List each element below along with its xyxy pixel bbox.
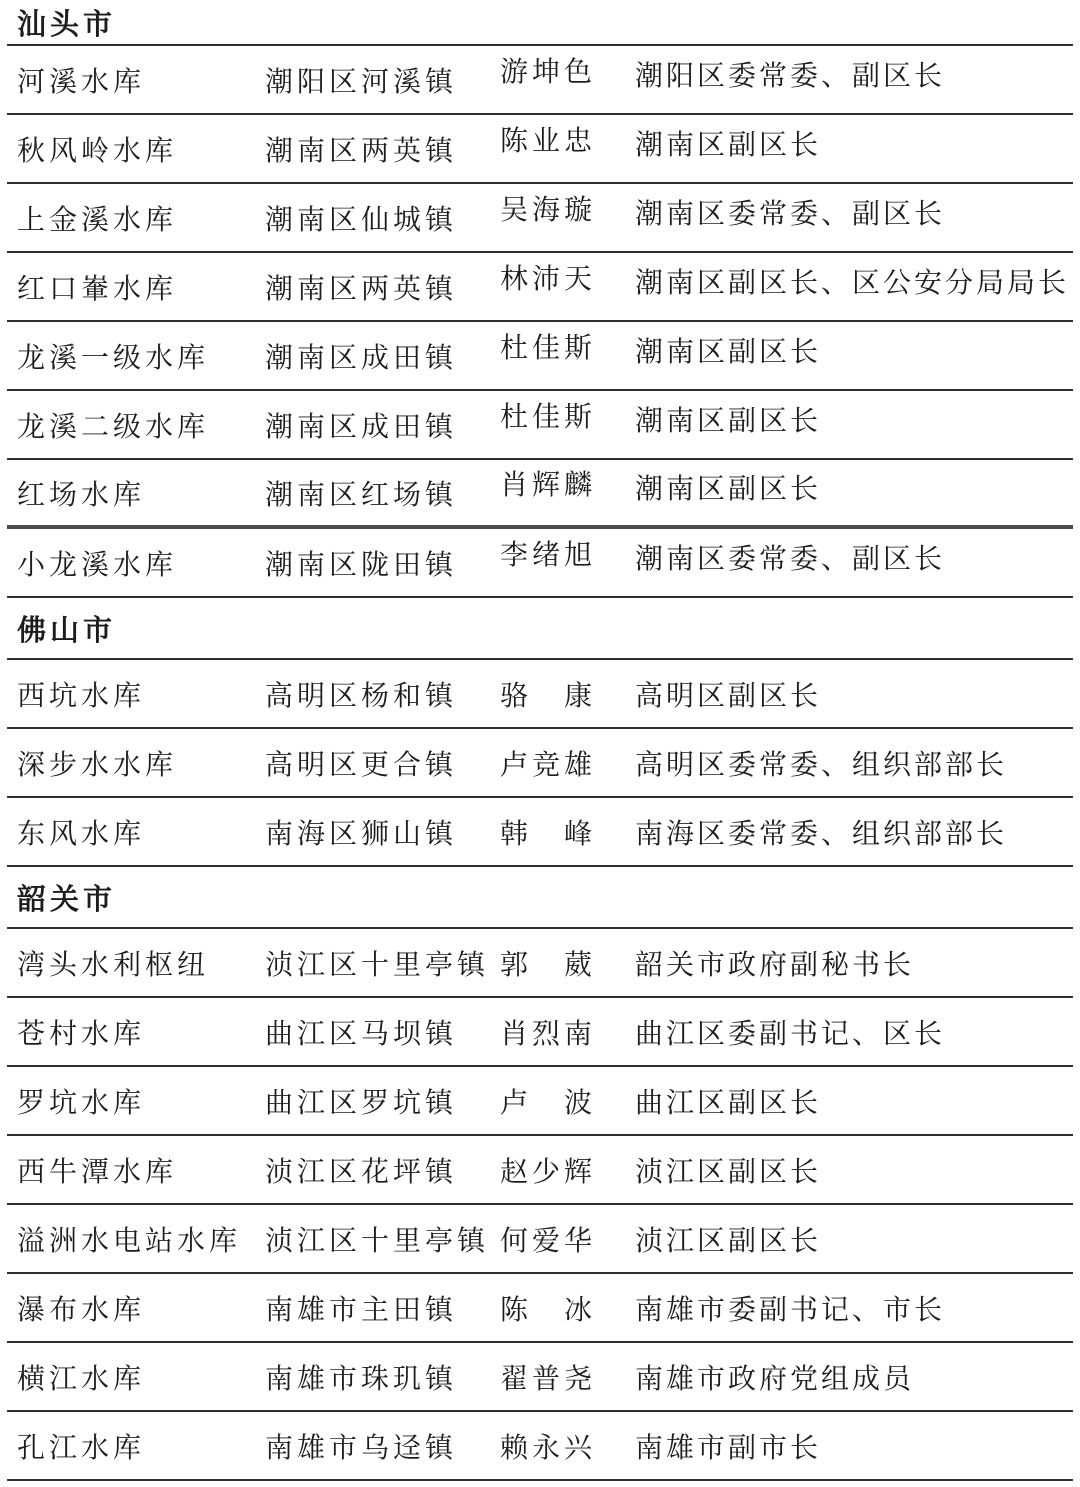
town-location: 南雄市主田镇	[265, 1288, 500, 1328]
person-name: 翟普尧	[500, 1357, 635, 1397]
person-position: 浈江区副区长	[635, 1219, 1073, 1259]
town-location: 南雄市珠玑镇	[265, 1357, 500, 1397]
person-name: 韩 峰	[500, 812, 635, 852]
person-position: 潮南区副区长、区公安分局局长	[635, 261, 1073, 301]
reservoir-name: 罗坑水库	[7, 1081, 265, 1121]
reservoir-name: 湾头水利枢纽	[7, 943, 265, 983]
reservoir-name: 红口輋水库	[7, 267, 265, 307]
town-location: 潮阳区河溪镇	[265, 60, 500, 100]
person-position: 高明区委常委、组织部部长	[635, 743, 1073, 783]
person-name: 郭 葳	[500, 943, 635, 983]
reservoir-name: 龙溪一级水库	[7, 336, 265, 376]
city-section: 汕头市 河溪水库 潮阳区河溪镇 游坤色 潮阳区委常委、副区长 秋风岭水库 潮南区…	[7, 0, 1073, 598]
city-name: 汕头市	[17, 2, 116, 43]
table-row: 深步水水库 高明区更合镇 卢竞雄 高明区委常委、组织部部长	[7, 729, 1073, 798]
table-row: 秋风岭水库 潮南区两英镇 陈业忠 潮南区副区长	[7, 115, 1073, 184]
table-row: 西坑水库 高明区杨和镇 骆 康 高明区副区长	[7, 660, 1073, 729]
table-row: 苍村水库 曲江区马坝镇 肖烈南 曲江区委副书记、区长	[7, 998, 1073, 1067]
town-location: 潮南区红场镇	[265, 473, 500, 513]
person-name: 李绪旭	[500, 533, 635, 573]
reservoir-name: 孔江水库	[7, 1426, 265, 1466]
person-position: 潮南区委常委、副区长	[635, 537, 1073, 577]
table-row: 溢洲水电站水库 浈江区十里亭镇 何爱华 浈江区副区长	[7, 1205, 1073, 1274]
person-name: 卢 波	[500, 1081, 635, 1121]
person-name: 杜佳斯	[500, 395, 635, 435]
town-location: 浈江区十里亭镇	[265, 1219, 500, 1259]
table-row: 横江水库 南雄市珠玑镇 翟普尧 南雄市政府党组成员	[7, 1343, 1073, 1412]
person-name: 赖永兴	[500, 1426, 635, 1466]
town-location: 曲江区马坝镇	[265, 1012, 500, 1052]
person-name: 陈 冰	[500, 1288, 635, 1328]
person-position: 潮南区副区长	[635, 330, 1073, 370]
city-name: 佛山市	[17, 608, 116, 649]
person-position: 潮南区委常委、副区长	[635, 192, 1073, 232]
reservoir-name: 上金溪水库	[7, 198, 265, 238]
city-name: 韶关市	[17, 877, 116, 918]
town-location: 浈江区花坪镇	[265, 1150, 500, 1190]
table-row: 龙溪二级水库 潮南区成田镇 杜佳斯 潮南区副区长	[7, 391, 1073, 460]
person-position: 潮南区副区长	[635, 399, 1073, 439]
reservoir-name: 横江水库	[7, 1357, 265, 1397]
reservoir-name: 瀑布水库	[7, 1288, 265, 1328]
city-header: 汕头市	[7, 0, 1073, 46]
town-location: 潮南区两英镇	[265, 267, 500, 307]
reservoir-name: 小龙溪水库	[7, 543, 265, 583]
table-row: 罗坑水库 曲江区罗坑镇 卢 波 曲江区副区长	[7, 1067, 1073, 1136]
table-row: 红口輋水库 潮南区两英镇 林沛天 潮南区副区长、区公安分局局长	[7, 253, 1073, 322]
person-name: 肖烈南	[500, 1012, 635, 1052]
person-position: 南雄市委副书记、市长	[635, 1288, 1073, 1328]
reservoir-assignment-table: 汕头市 河溪水库 潮阳区河溪镇 游坤色 潮阳区委常委、副区长 秋风岭水库 潮南区…	[7, 0, 1073, 1481]
person-name: 何爱华	[500, 1219, 635, 1259]
table-row: 龙溪一级水库 潮南区成田镇 杜佳斯 潮南区副区长	[7, 322, 1073, 391]
town-location: 高明区杨和镇	[265, 674, 500, 714]
reservoir-name: 河溪水库	[7, 60, 265, 100]
person-name: 卢竞雄	[500, 743, 635, 783]
person-name: 林沛天	[500, 257, 635, 297]
reservoir-name: 西坑水库	[7, 674, 265, 714]
person-name: 骆 康	[500, 674, 635, 714]
reservoir-name: 苍村水库	[7, 1012, 265, 1052]
person-position: 曲江区委副书记、区长	[635, 1012, 1073, 1052]
person-position: 高明区副区长	[635, 674, 1073, 714]
reservoir-name: 东风水库	[7, 812, 265, 852]
person-position: 潮阳区委常委、副区长	[635, 54, 1073, 94]
person-position: 潮南区副区长	[635, 467, 1073, 507]
town-location: 潮南区陇田镇	[265, 543, 500, 583]
town-location: 浈江区十里亭镇	[265, 943, 500, 983]
city-section: 佛山市 西坑水库 高明区杨和镇 骆 康 高明区副区长 深步水水库 高明区更合镇 …	[7, 598, 1073, 867]
person-position: 浈江区副区长	[635, 1150, 1073, 1190]
town-location: 曲江区罗坑镇	[265, 1081, 500, 1121]
person-name: 游坤色	[500, 50, 635, 90]
person-name: 赵少辉	[500, 1150, 635, 1190]
table-row: 河溪水库 潮阳区河溪镇 游坤色 潮阳区委常委、副区长	[7, 46, 1073, 115]
person-name: 杜佳斯	[500, 326, 635, 366]
reservoir-name: 龙溪二级水库	[7, 405, 265, 445]
reservoir-name: 西牛潭水库	[7, 1150, 265, 1190]
person-name: 肖辉麟	[500, 463, 635, 503]
person-name: 吴海璇	[500, 188, 635, 228]
person-position: 南雄市副市长	[635, 1426, 1073, 1466]
town-location: 高明区更合镇	[265, 743, 500, 783]
table-row: 孔江水库 南雄市乌迳镇 赖永兴 南雄市副市长	[7, 1412, 1073, 1481]
table-row: 东风水库 南海区狮山镇 韩 峰 南海区委常委、组织部部长	[7, 798, 1073, 867]
town-location: 潮南区成田镇	[265, 405, 500, 445]
person-position: 南海区委常委、组织部部长	[635, 812, 1073, 852]
reservoir-name: 秋风岭水库	[7, 129, 265, 169]
table-row: 上金溪水库 潮南区仙城镇 吴海璇 潮南区委常委、副区长	[7, 184, 1073, 253]
town-location: 潮南区仙城镇	[265, 198, 500, 238]
table-row: 西牛潭水库 浈江区花坪镇 赵少辉 浈江区副区长	[7, 1136, 1073, 1205]
table-row: 湾头水利枢纽 浈江区十里亭镇 郭 葳 韶关市政府副秘书长	[7, 929, 1073, 998]
reservoir-name: 溢洲水电站水库	[7, 1219, 265, 1259]
table-row: 瀑布水库 南雄市主田镇 陈 冰 南雄市委副书记、市长	[7, 1274, 1073, 1343]
person-position: 韶关市政府副秘书长	[635, 943, 1073, 983]
city-header: 佛山市	[7, 598, 1073, 660]
table-row: 红场水库 潮南区红场镇 肖辉麟 潮南区副区长	[7, 460, 1073, 529]
table-row: 小龙溪水库 潮南区陇田镇 李绪旭 潮南区委常委、副区长	[7, 529, 1073, 598]
town-location: 南雄市乌迳镇	[265, 1426, 500, 1466]
person-position: 曲江区副区长	[635, 1081, 1073, 1121]
town-location: 潮南区两英镇	[265, 129, 500, 169]
reservoir-name: 深步水水库	[7, 743, 265, 783]
town-location: 潮南区成田镇	[265, 336, 500, 376]
person-name: 陈业忠	[500, 119, 635, 159]
person-position: 南雄市政府党组成员	[635, 1357, 1073, 1397]
city-header: 韶关市	[7, 867, 1073, 929]
reservoir-name: 红场水库	[7, 473, 265, 513]
city-section: 韶关市 湾头水利枢纽 浈江区十里亭镇 郭 葳 韶关市政府副秘书长 苍村水库 曲江…	[7, 867, 1073, 1481]
town-location: 南海区狮山镇	[265, 812, 500, 852]
person-position: 潮南区副区长	[635, 123, 1073, 163]
